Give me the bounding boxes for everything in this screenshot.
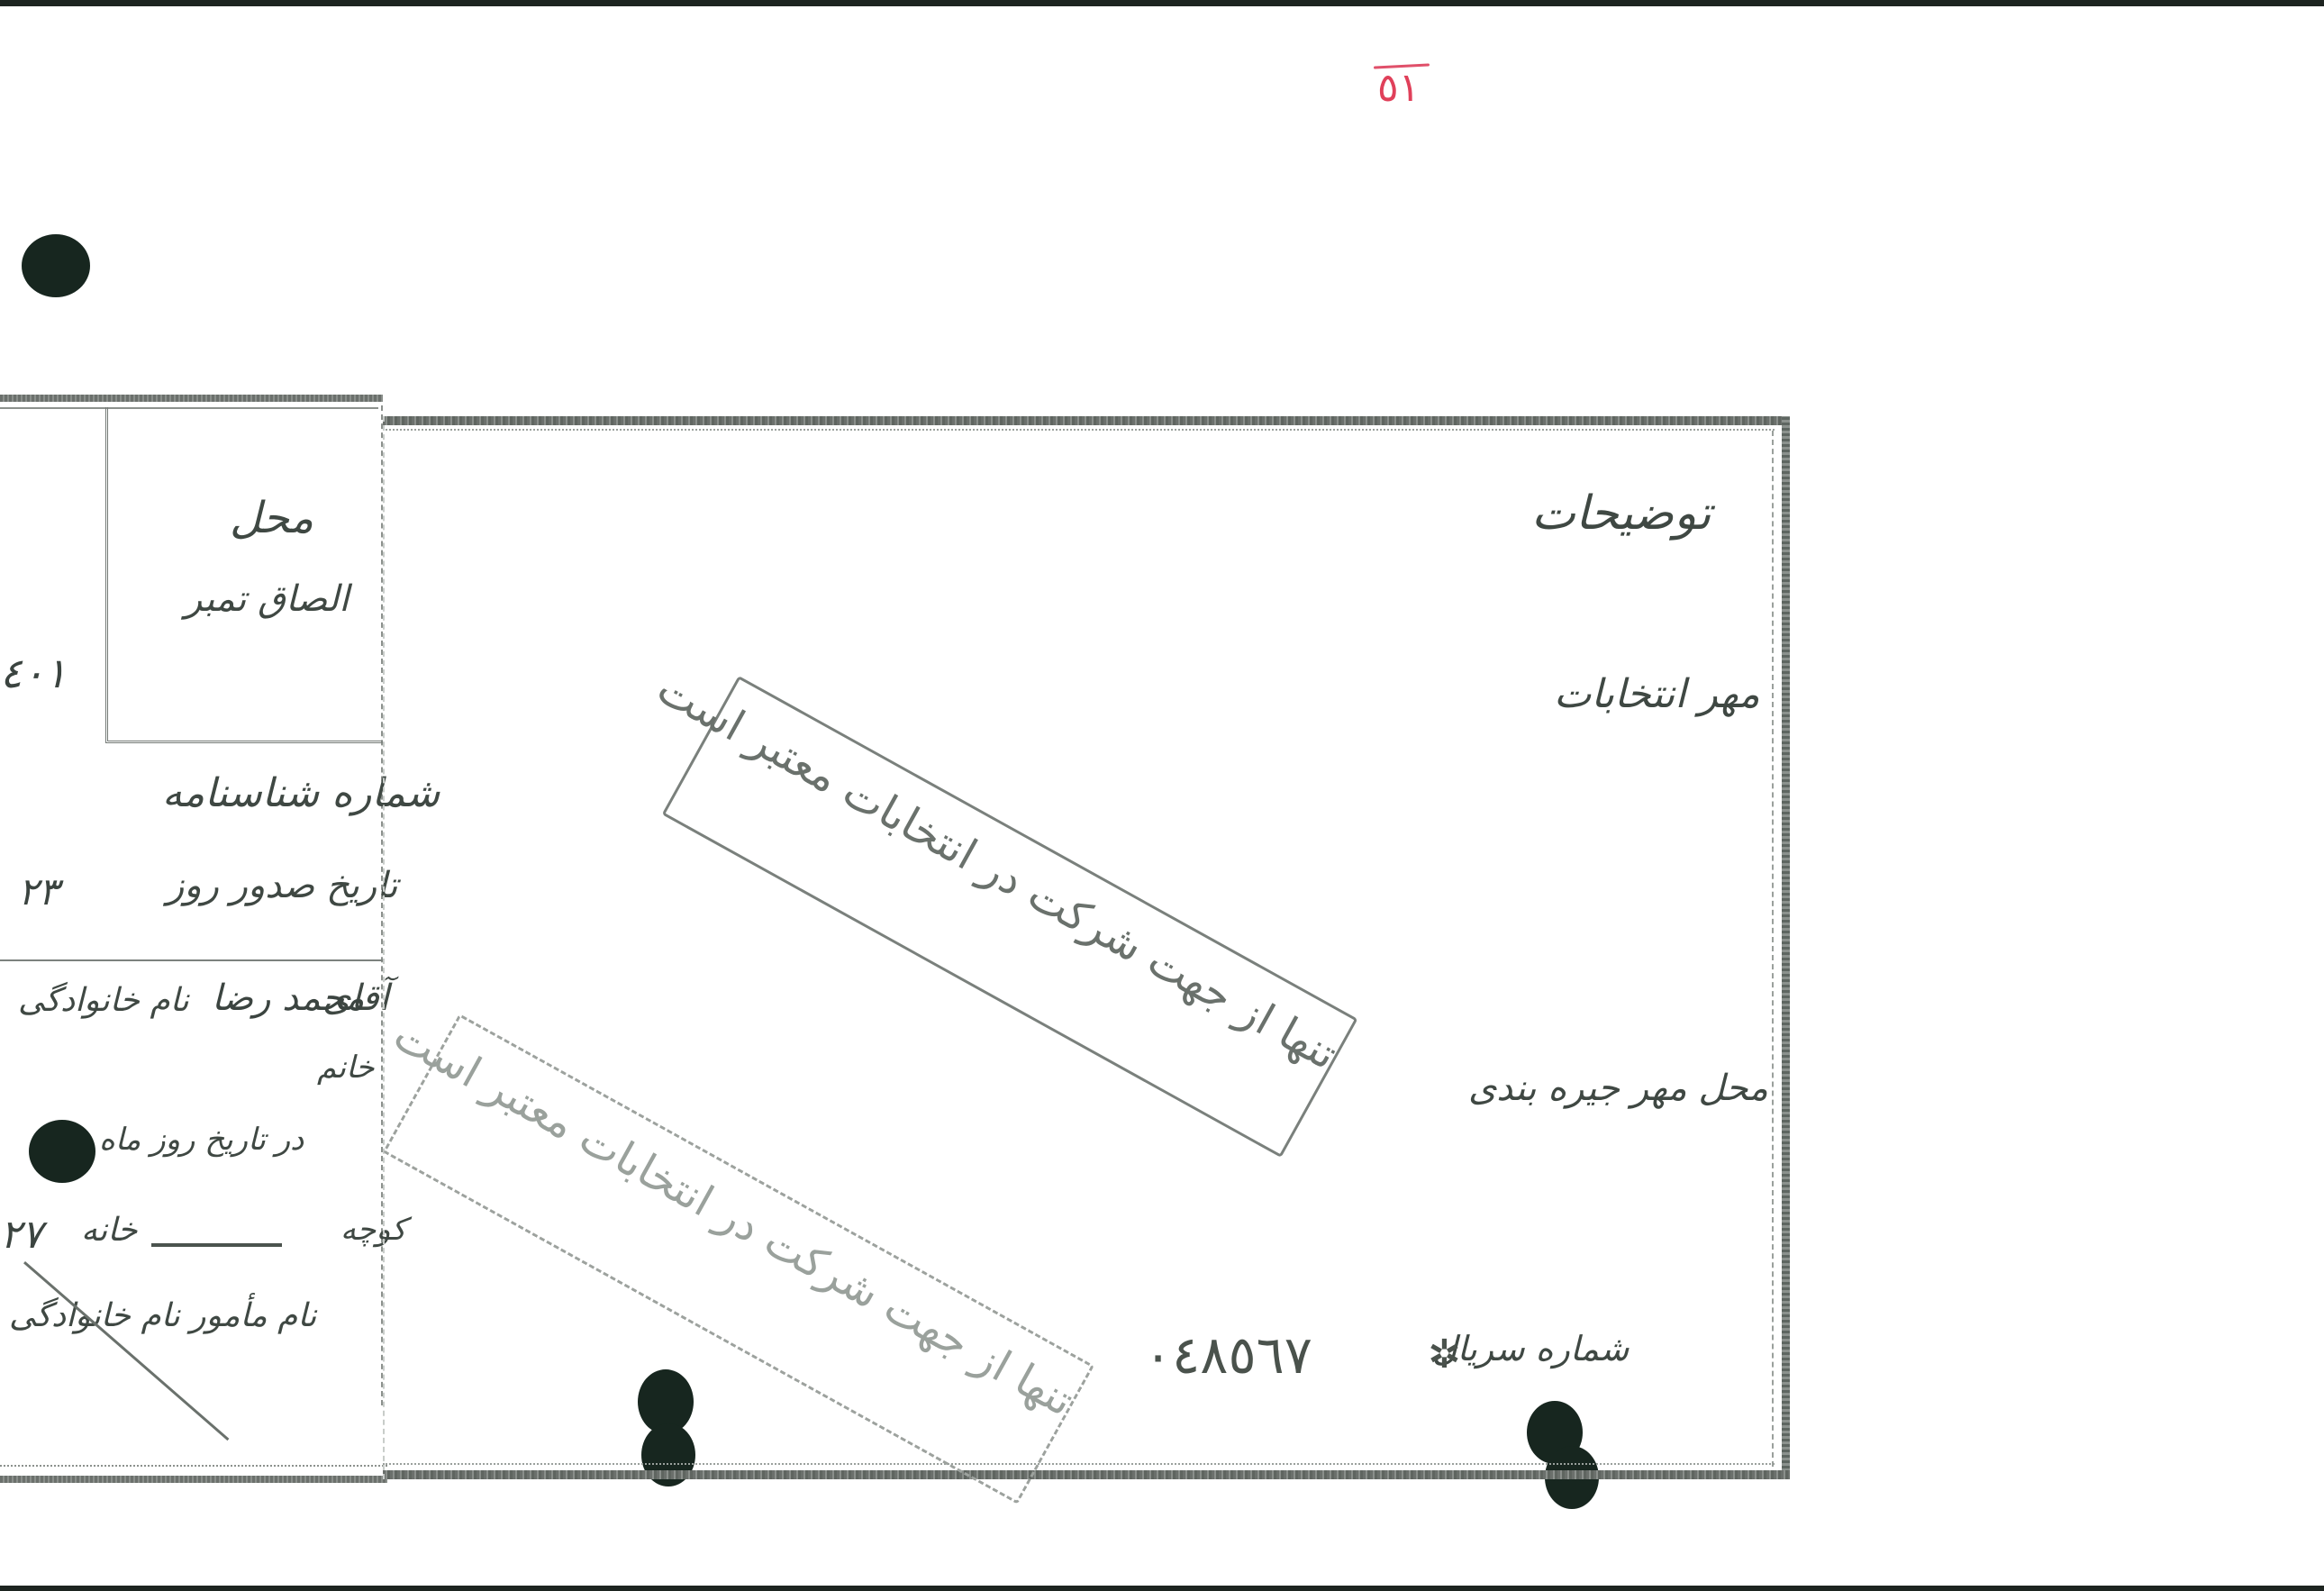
main-border-right <box>1782 416 1790 1479</box>
main-border-top-inner <box>383 429 1775 432</box>
main-border-top <box>383 416 1790 425</box>
mrs-label: خانم <box>317 1050 374 1086</box>
house-label: خانه <box>81 1212 138 1249</box>
family-name-label: نام خانوادگی <box>18 982 189 1019</box>
birth-date-label: در تاریخ روز ماه <box>99 1122 304 1158</box>
stub-border-bottom-inner <box>0 1465 387 1468</box>
main-border-left <box>383 416 386 1479</box>
serial-number-value: ٠٤٨٥٦٧ <box>1144 1324 1312 1386</box>
stamp-box-label-1: محل <box>230 493 313 543</box>
main-border-right-inner <box>1772 431 1775 1467</box>
stamp-box-label-2: الصاق تمبر <box>185 578 349 620</box>
rationing-stamp-label: محل مهر جیره بندی <box>1468 1068 1768 1109</box>
page-mark-text: ٥١ <box>1377 65 1420 111</box>
main-border-bottom-inner <box>383 1463 1775 1467</box>
officer-label: نام مأمور نام خانوادگی <box>9 1297 316 1334</box>
handwritten-fragment: ٤٠١ <box>0 649 67 697</box>
explanations-label: توضیحات <box>1531 486 1711 541</box>
scan-top-edge <box>0 0 2324 6</box>
tax-stamp-box: محل الصاق تمبر <box>105 407 383 743</box>
stub-divider <box>0 959 383 961</box>
serial-number-label: شماره سریال <box>1432 1329 1629 1368</box>
name-value: محمد رضا <box>212 977 365 1019</box>
issue-date-label: تاریخ صدور روز <box>167 865 398 906</box>
main-border-bottom <box>383 1470 1790 1479</box>
stub-border-top <box>0 395 383 402</box>
punch-hole-icon <box>22 234 90 297</box>
stub-border-bottom <box>0 1476 387 1483</box>
asterisk-icon: ✲ <box>1428 1332 1461 1377</box>
page-number-mark: ٥١ <box>1374 56 1446 119</box>
handwritten-fragment: ٢٣ <box>18 869 59 914</box>
scan-bottom-edge <box>0 1586 2324 1591</box>
election-stamp-label: مهر انتخابات <box>1554 671 1760 717</box>
handwritten-fragment: ٢٧ <box>0 1212 42 1258</box>
street-blank-line <box>151 1243 282 1247</box>
